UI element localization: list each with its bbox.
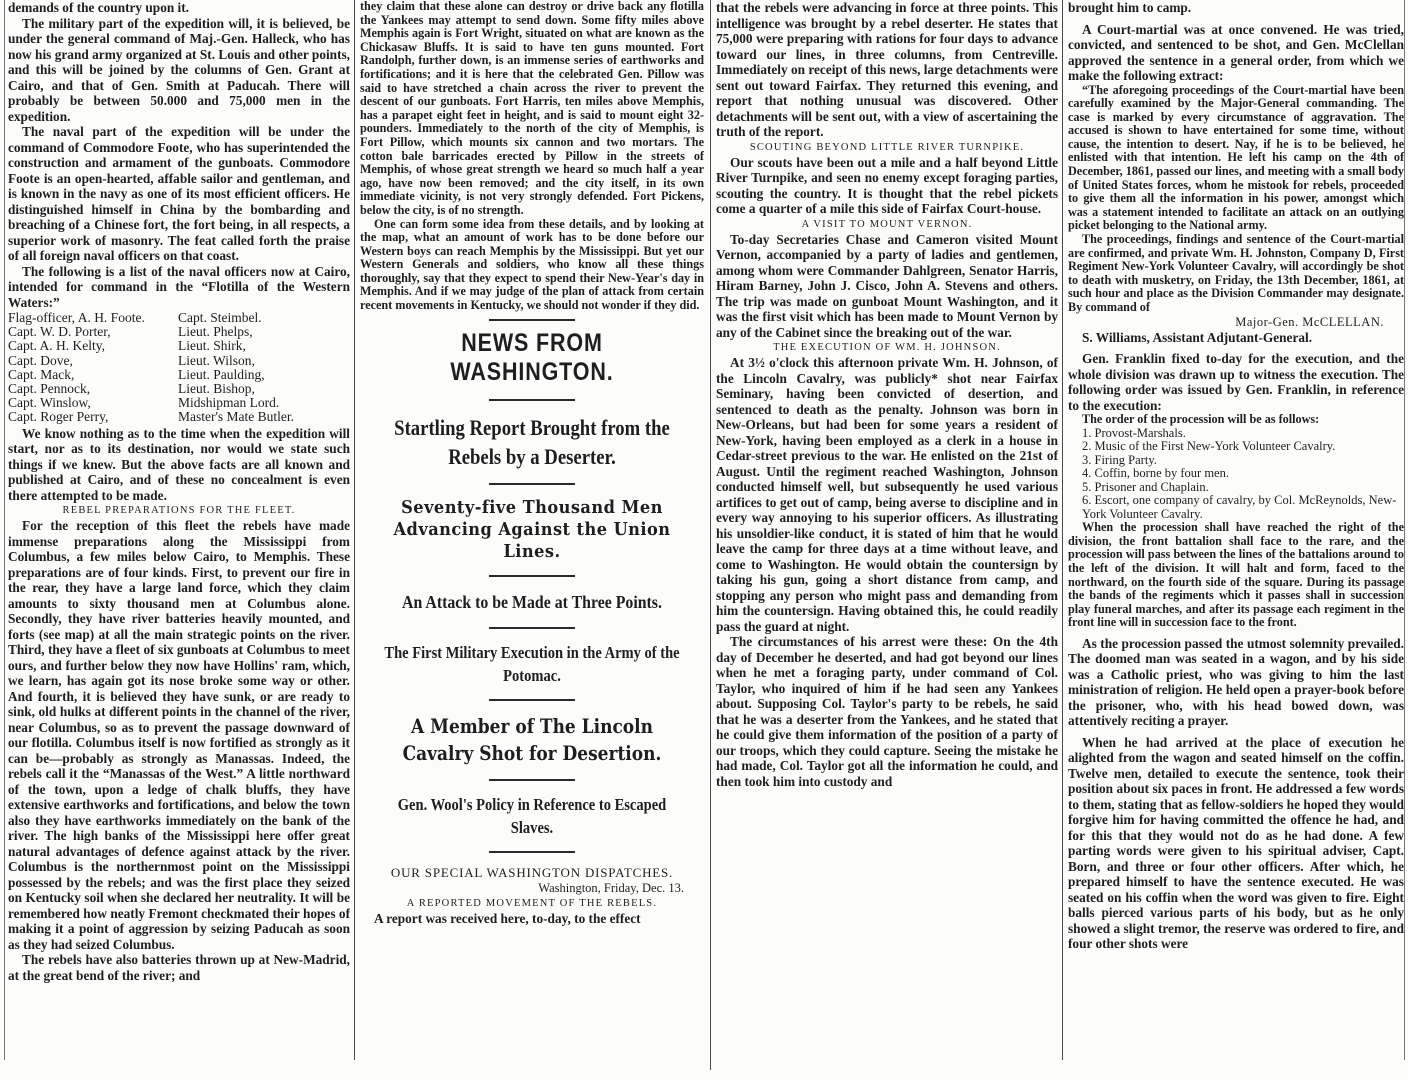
officer-name: Lieut. Shirk, [178, 339, 350, 353]
column-rule [1062, 0, 1063, 1060]
officer-name: Capt. Mack, [8, 368, 178, 382]
headline-rule [489, 319, 575, 321]
dateline: Washington, Friday, Dec. 13. [360, 881, 704, 896]
officer-name: Master's Mate Butler. [178, 410, 350, 424]
section-subhead: A Reported Movement of the Rebels. [360, 898, 704, 909]
dispatches-heading: OUR SPECIAL WASHINGTON DISPATCHES. [360, 865, 704, 881]
column-2: they claim that these alone can destroy … [360, 0, 704, 1080]
paragraph: One can form some idea from these detail… [360, 218, 704, 313]
officer-name: Capt. A. H. Kelty, [8, 339, 178, 353]
paragraph: brought him to camp. [1068, 0, 1404, 16]
section-subhead: Rebel Preparations for the Fleet. [8, 505, 350, 516]
officer-name: Capt. Roger Perry, [8, 410, 178, 424]
column-rule [710, 0, 711, 1070]
section-subhead: The Execution of Wm. H. Johnson. [716, 342, 1058, 353]
paragraph: The military part of the expedition will… [8, 16, 350, 125]
list-item: 5. Prisoner and Chaplain. [1082, 481, 1404, 495]
paragraph: The rebels have also batteries thrown up… [8, 952, 350, 983]
paragraph: When he had arrived at the place of exec… [1068, 735, 1404, 952]
column-rule [1404, 0, 1405, 1060]
deck-headline: The First Military Execution in the Army… [381, 641, 684, 687]
paragraph: At 3½ o'clock this afternoon private Wm.… [716, 355, 1058, 634]
deck-headline: An Attack to be Made at Three Points. [381, 589, 684, 615]
section-subhead: Scouting Beyond Little River Turnpike. [716, 142, 1058, 153]
list-item: 3. Firing Party. [1082, 454, 1404, 468]
officer-name: Midshipman Lord. [178, 396, 350, 410]
paragraph: Gen. Franklin fixed to-day for the execu… [1068, 351, 1404, 413]
paragraph: To-day Secretaries Chase and Cameron vis… [716, 232, 1058, 341]
headline-rule [489, 779, 575, 781]
list-item: 2. Music of the First New-York Volunteer… [1082, 440, 1404, 454]
column-3: that the rebels were advancing in force … [716, 0, 1058, 1080]
procession-order-list: 1. Provost-Marshals. 2. Music of the Fir… [1082, 427, 1404, 522]
officer-name: Lieut. Wilson, [178, 354, 350, 368]
signature: Major-Gen. McCLELLAN. [1068, 315, 1404, 330]
officer-name: Capt. Dove, [8, 354, 178, 368]
paragraph: We know nothing as to the time when the … [8, 426, 350, 504]
officer-name: Lieut. Paulding, [178, 368, 350, 382]
court-martial-extract: “The aforegoing proceedings of the Court… [1068, 84, 1404, 234]
list-item: 6. Escort, one company of cavalry, by Co… [1082, 494, 1404, 521]
headline-rule [489, 699, 575, 701]
paragraph: When the procession shall have reached t… [1068, 521, 1404, 630]
newspaper-page: demands of the country upon it. The mili… [0, 0, 1409, 1080]
officer-name: Capt. Pennock, [8, 382, 178, 396]
headline-rule [489, 399, 575, 401]
headline-rule [489, 575, 575, 577]
paragraph: A Court-martial was at once convened. He… [1068, 22, 1404, 84]
column-4: brought him to camp. A Court-martial was… [1068, 0, 1404, 1080]
officer-name: Flag-officer, A. H. Foote. [8, 311, 178, 325]
officer-name: Capt. Steimbel. [178, 311, 350, 325]
deck-headline: Seventy-five Thousand Men Advancing Agai… [377, 497, 687, 563]
deck-headline: Startling Report Brought from the Rebels… [386, 413, 678, 471]
column-rule [4, 0, 5, 1060]
column-1: demands of the country upon it. The mili… [8, 0, 350, 1080]
section-subhead: A Visit to Mount Vernon. [716, 219, 1058, 230]
main-headline: NEWS FROM WASHINGTON. [384, 329, 680, 387]
signature: S. Williams, Assistant Adjutant-General. [1068, 330, 1404, 346]
paragraph: demands of the country upon it. [8, 0, 350, 16]
paragraph: The naval part of the expedition will be… [8, 124, 350, 264]
column-rule [354, 0, 355, 1060]
court-martial-extract: The proceedings, findings and sentence o… [1068, 233, 1404, 315]
paragraph: that the rebels were advancing in force … [716, 0, 1058, 140]
paragraph: The following is a list of the naval off… [8, 264, 350, 311]
paragraph: The circumstances of his arrest were the… [716, 634, 1058, 789]
deck-headline: A Member of The Lincoln Cavalry Shot for… [386, 713, 678, 767]
list-item: 1. Provost-Marshals. [1082, 427, 1404, 441]
paragraph: The order of the procession will be as f… [1068, 413, 1404, 427]
headline-rule [489, 627, 575, 629]
list-item: 4. Coffin, borne by four men. [1082, 467, 1404, 481]
officer-name: Lieut. Bishop, [178, 382, 350, 396]
paragraph: A report was received here, to-day, to t… [360, 911, 704, 927]
officer-name: Capt. Winslow, [8, 396, 178, 410]
naval-officers-list: Flag-officer, A. H. Foote. Capt. Steimbe… [8, 311, 350, 425]
paragraph: As the procession passed the utmost sole… [1068, 636, 1404, 729]
officer-name: Lieut. Phelps, [178, 325, 350, 339]
paragraph: Our scouts have been out a mile and a ha… [716, 155, 1058, 217]
headline-rule [489, 851, 575, 853]
deck-headline: Gen. Wool's Policy in Reference to Escap… [381, 793, 684, 839]
paragraph: For the reception of this fleet the rebe… [8, 518, 350, 952]
officer-name: Capt. W. D. Porter, [8, 325, 178, 339]
headline-rule [489, 483, 575, 485]
paragraph: they claim that these alone can destroy … [360, 0, 704, 218]
